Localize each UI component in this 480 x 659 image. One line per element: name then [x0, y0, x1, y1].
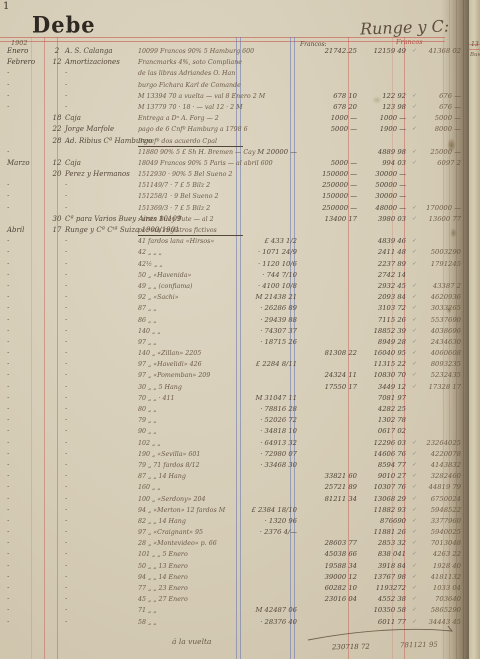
cell-month: · — [0, 583, 49, 594]
cell-description: Benefº dos acuerdo Cpal — [138, 136, 243, 147]
ledger-row: Marzo12Caja18049 Francos 90% 5 Paris — a… — [0, 158, 480, 169]
cell-description: 87 „ „ 14 Hang — [138, 471, 243, 482]
ledger-row: Abril17Runge y Cª Cᵗª Suiza 1900/1901por… — [0, 225, 480, 236]
cell-day — [49, 359, 65, 370]
cell-account: · — [65, 359, 138, 370]
cell-amount-3: 5940025 — [420, 527, 465, 538]
cell-amount-1: 150000 — — [300, 169, 362, 180]
cell-amount-1 — [300, 449, 362, 460]
cell-account: · — [65, 191, 138, 202]
cell-day — [49, 438, 65, 449]
cell-currency-amount — [243, 158, 300, 169]
cell-currency-amount — [243, 214, 300, 225]
cell-day — [49, 180, 65, 191]
account-title-runge: Runge y C: — [360, 16, 450, 38]
gutter-crease — [463, 0, 464, 659]
ledger-row: ··97 „ „· 18715 268949 28✓2434630 — [0, 337, 480, 348]
cell-amount-3: 1033 04 — [420, 583, 465, 594]
cell-amount-3 — [420, 191, 465, 202]
cell-currency-amount: · 1320 96 — [243, 516, 300, 527]
cell-month: · — [0, 292, 49, 303]
cell-month: · — [0, 382, 49, 393]
cell-account: · — [65, 393, 138, 404]
cell-currency-amount — [243, 382, 300, 393]
cell-description: 90 „ „ — [138, 426, 243, 437]
cell-amount-3 — [420, 270, 465, 281]
cell-description: M 13394 70 a vuelta — val 8 Enero 2 M — [138, 91, 243, 102]
cell-amount-2: 9010 27 — [364, 471, 408, 482]
check-mark: ✓ — [408, 214, 420, 225]
cell-month: · — [0, 315, 49, 326]
cell-amount-2: 10350 58 — [364, 605, 408, 616]
cell-amount-1: 60282 10 — [300, 583, 362, 594]
check-mark: ✓ — [408, 281, 420, 292]
cell-amount-3 — [420, 393, 465, 404]
cell-month: · — [0, 303, 49, 314]
cell-amount-2: 11882 93 — [364, 505, 408, 516]
cell-month: · — [0, 147, 49, 158]
check-mark: ✓ — [408, 370, 420, 381]
cell-amount-2: 2932 45 — [364, 281, 408, 292]
cell-description: · vista Buey Tute — al 2 — [138, 214, 243, 225]
cell-description: 45 „ „ 27 Enero — [138, 594, 243, 605]
ledger-row: ··160 „ „25721 8910307 76✓44819 79 — [0, 482, 480, 493]
cell-day — [49, 516, 65, 527]
cell-currency-amount — [243, 494, 300, 505]
check-mark: ✓ — [408, 91, 420, 102]
cell-month: · — [0, 68, 49, 79]
cell-amount-2: 12296 03 — [364, 438, 408, 449]
check-mark — [408, 191, 420, 202]
cell-description: 160 „ „ — [138, 482, 243, 493]
cell-amount-1: 678 20 — [300, 102, 362, 113]
cell-amount-3: 2434630 — [420, 337, 465, 348]
cell-amount-3: 43387 2 — [420, 281, 465, 292]
cell-account: · — [65, 370, 138, 381]
cell-amount-3: 17328 17 — [420, 382, 465, 393]
cell-currency-amount: £ 433 1/2 — [243, 236, 300, 247]
cell-amount-2 — [364, 57, 408, 68]
cell-month: · — [0, 471, 49, 482]
cell-amount-2 — [364, 136, 408, 147]
cell-amount-2: 11315 22 — [364, 359, 408, 370]
check-mark: ✓ — [408, 471, 420, 482]
cell-amount-1: 45038 66 — [300, 549, 362, 560]
cell-amount-2: 13068 29 — [364, 494, 408, 505]
check-mark: ✓ — [408, 516, 420, 527]
cell-day: 17 — [49, 225, 65, 236]
ledger-row: ··140 „ «Zillan» 220581308 2216040 95✓40… — [0, 348, 480, 359]
ledger-row: ··77 „ „ 23 Enero60282 101193272✓1033 04 — [0, 583, 480, 594]
cell-description: 1512930 · 90% 5 Bel Sueno 2 — [138, 169, 243, 180]
cell-account: Cª para Varios Buey Aires 10109 — [65, 214, 138, 225]
check-mark — [408, 136, 420, 147]
cell-month: · — [0, 449, 49, 460]
cell-amount-2: 1302 78 — [364, 415, 408, 426]
check-mark: ✓ — [408, 359, 420, 370]
cell-day — [49, 80, 65, 91]
cell-month: · — [0, 91, 49, 102]
cell-amount-1: 250000 — — [300, 203, 362, 214]
cell-amount-2: 50000 — — [364, 180, 408, 191]
cell-amount-3 — [420, 180, 465, 191]
cell-month: · — [0, 594, 49, 605]
cell-currency-amount: · 26286 89 — [243, 303, 300, 314]
cell-amount-1 — [300, 236, 362, 247]
cell-currency-amount: £ 2284 8/11 — [243, 359, 300, 370]
ledger-row: ··97 „ «Pomemban» 20924324 1110830 70✓52… — [0, 370, 480, 381]
check-mark: ✓ — [408, 505, 420, 516]
cell-account: · — [65, 561, 138, 572]
cell-account: · — [65, 594, 138, 605]
cell-currency-amount — [243, 561, 300, 572]
cell-currency-amount: · 72980 07 — [243, 449, 300, 460]
cell-day — [49, 549, 65, 560]
check-mark: ✓ — [408, 259, 420, 270]
cell-day — [49, 270, 65, 281]
page-number: 1 — [3, 1, 9, 12]
cell-day — [49, 337, 65, 348]
check-mark: ✓ — [408, 538, 420, 549]
cell-amount-1 — [300, 404, 362, 415]
cell-day — [49, 494, 65, 505]
gutter-crease — [456, 0, 457, 659]
cell-amount-1 — [300, 426, 362, 437]
cell-day — [49, 236, 65, 247]
cell-description: 94 „ «Merton» 12 fardos M — [138, 505, 243, 516]
cell-description: 86 „ „ — [138, 315, 243, 326]
gutter-crease — [449, 0, 450, 659]
check-mark: ✓ — [408, 203, 420, 214]
cell-amount-3: 170000 — — [420, 203, 465, 214]
cell-description: 97 „ «Havelidi» 426 — [138, 359, 243, 370]
check-mark — [408, 404, 420, 415]
cell-amount-2: 3103 72 — [364, 303, 408, 314]
ledger-row: ··90 „ „· 34818 100617 02 — [0, 426, 480, 437]
check-mark — [408, 270, 420, 281]
cell-account: · — [65, 180, 138, 191]
check-mark — [408, 169, 420, 180]
cell-amount-2: 16040 95 — [364, 348, 408, 359]
cell-account: · — [65, 382, 138, 393]
cell-day — [49, 68, 65, 79]
cell-amount-2: 1193272 — [364, 583, 408, 594]
ledger-row: ··70 „ „ · 411M 31047 117081 97 — [0, 393, 480, 404]
cell-amount-2: 30000 — — [364, 191, 408, 202]
ledger-row: ··80 „ „· 78816 284282 25 — [0, 404, 480, 415]
cell-amount-3: 13600 77 — [420, 214, 465, 225]
cell-description: M 13779 70 · 18 · — val 12 · 2 M — [138, 102, 243, 113]
ledger-row: ··79 „ 71 fardos 8/12· 33468 308594 77✓4… — [0, 460, 480, 471]
cell-account: · — [65, 426, 138, 437]
cell-currency-amount — [243, 180, 300, 191]
cell-description: de las libras Adriandes O. Han — [138, 68, 243, 79]
cell-amount-2: 10307 76 — [364, 482, 408, 493]
cell-description: 10099 Francos 90% 5 Hamburg 600 — [138, 46, 243, 57]
cell-month: · — [0, 527, 49, 538]
cell-description: 97 „ «Craignant» 95 — [138, 527, 243, 538]
ledger-row: ··50 „ „ 13 Enero19588 343918 84✓1928 40 — [0, 561, 480, 572]
carried-forward-note: á la vuelta — [172, 637, 212, 646]
cell-day: 28 — [49, 136, 65, 147]
cell-currency-amount: · 52026 72 — [243, 415, 300, 426]
cell-currency-amount — [243, 225, 300, 236]
cell-amount-1 — [300, 147, 362, 158]
cell-amount-1: 13400 17 — [300, 214, 362, 225]
cell-month: · — [0, 605, 49, 616]
cell-description: 50 „ «Havenida» — [138, 270, 243, 281]
cell-amount-1 — [300, 270, 362, 281]
cell-day — [49, 348, 65, 359]
check-mark — [408, 393, 420, 404]
cell-currency-amount: · 1120 10/6 — [243, 259, 300, 270]
cell-description: 79 „ „ — [138, 415, 243, 426]
facing-page-number: 13 — [471, 41, 479, 48]
cell-description: Entrega a Dⁿ A. Forg — 2 — [138, 113, 243, 124]
cell-account: · — [65, 91, 138, 102]
cell-amount-3: 5865290 — [420, 605, 465, 616]
ledger-row: 18CajaEntrega a Dⁿ A. Forg — 21000 —1000… — [0, 113, 480, 124]
cell-amount-1 — [300, 460, 362, 471]
ledger-row: ··41 fardos lana «Hirsos»£ 433 1/24839 4… — [0, 236, 480, 247]
cell-day — [49, 471, 65, 482]
cell-day — [49, 594, 65, 605]
check-mark — [408, 426, 420, 437]
cell-description: 97 „ «Pomemban» 209 — [138, 370, 243, 381]
cell-currency-amount: · 78816 28 — [243, 404, 300, 415]
cell-currency-amount: M 31047 11 — [243, 393, 300, 404]
cell-description: 18049 Francos 90% 5 Paris — al abril 600 — [138, 158, 243, 169]
cell-month: · — [0, 247, 49, 258]
cell-currency-amount — [243, 124, 300, 135]
cell-day — [49, 303, 65, 314]
cell-account: Amortizaciones — [65, 57, 138, 68]
cell-month: · — [0, 460, 49, 471]
cell-amount-1 — [300, 303, 362, 314]
cell-currency-amount — [243, 57, 300, 68]
cell-amount-1: 678 10 — [300, 91, 362, 102]
cell-day — [49, 281, 65, 292]
page-title-debe: Debe — [32, 11, 96, 38]
cell-amount-1 — [300, 505, 362, 516]
ledger-row: 20Perez y Hermanos1512930 · 90% 5 Bel Su… — [0, 169, 480, 180]
cell-amount-3: 8000 — — [420, 124, 465, 135]
cell-amount-1: 33821 60 — [300, 471, 362, 482]
cell-month: · — [0, 494, 49, 505]
cell-amount-3: 44819 79 — [420, 482, 465, 493]
cell-description: 102 „ „ — [138, 438, 243, 449]
ledger-row: ··190 „ «Sevilla» 601· 72980 0714606 76✓… — [0, 449, 480, 460]
ledger-row: ··140 „ „· 74307 3718852 39✓4038696 — [0, 326, 480, 337]
cell-account: · — [65, 315, 138, 326]
cell-month: · — [0, 617, 49, 628]
cell-amount-2: 4282 25 — [364, 404, 408, 415]
cell-currency-amount — [243, 583, 300, 594]
cell-amount-2: 3980 03 — [364, 214, 408, 225]
cell-description: 140 „ „ — [138, 326, 243, 337]
cell-currency-amount — [243, 80, 300, 91]
cell-day — [49, 527, 65, 538]
check-mark: ✓ — [408, 147, 420, 158]
cell-day: 2 — [49, 46, 65, 57]
check-mark: ✓ — [408, 303, 420, 314]
cell-account: · — [65, 449, 138, 460]
check-mark: ✓ — [408, 124, 420, 135]
cell-currency-amount — [243, 102, 300, 113]
cell-description: 30 „ „ 5 Hang — [138, 382, 243, 393]
cell-description: 94 „ „ 14 Enero — [138, 572, 243, 583]
cell-amount-2: 122 92 — [364, 91, 408, 102]
cell-account: · — [65, 80, 138, 91]
cell-account: · — [65, 438, 138, 449]
cell-month: · — [0, 270, 49, 281]
cell-month: · — [0, 191, 49, 202]
cell-amount-1: 28603 77 — [300, 538, 362, 549]
cell-account: · — [65, 572, 138, 583]
cell-description: 100 „ «Serdony» 204 — [138, 494, 243, 505]
cell-description: 42 „ „ „ — [138, 247, 243, 258]
check-mark: ✓ — [408, 382, 420, 393]
cell-amount-1: 24324 11 — [300, 370, 362, 381]
cell-month: · — [0, 348, 49, 359]
cell-day — [49, 102, 65, 113]
cell-amount-2: 1000 — — [364, 113, 408, 124]
cell-description: 151149/7 · 7 £ 5 Bilz 2 — [138, 180, 243, 191]
cell-account: · — [65, 404, 138, 415]
cell-day: 18 — [49, 113, 65, 124]
cell-day — [49, 583, 65, 594]
cell-month: · — [0, 259, 49, 270]
cell-month: · — [0, 516, 49, 527]
facing-page-text: Bue — [470, 52, 480, 58]
cell-account: · — [65, 605, 138, 616]
cell-currency-amount: · 744 7/10 — [243, 270, 300, 281]
cell-day — [49, 561, 65, 572]
cell-month: · — [0, 326, 49, 337]
cell-account: · — [65, 259, 138, 270]
cell-day — [49, 393, 65, 404]
cell-day: 20 — [49, 169, 65, 180]
cell-amount-3: 8093235 — [420, 359, 465, 370]
cell-day — [49, 326, 65, 337]
cell-amount-2: 2237 89 — [364, 259, 408, 270]
cell-amount-3: 4038696 — [420, 326, 465, 337]
cell-day — [49, 617, 65, 628]
cell-amount-3: 5000 — — [420, 113, 465, 124]
cell-amount-3: 7013048 — [420, 538, 465, 549]
cell-amount-3: 5537690 — [420, 315, 465, 326]
ledger-row: ·11880 90% 5 £ Sh H. Bremen — CayM 20000… — [0, 147, 480, 158]
cell-amount-1: 1000 — — [300, 113, 362, 124]
cell-currency-amount — [243, 136, 300, 147]
cell-amount-3: 5003290 — [420, 247, 465, 258]
cell-day: 30 — [49, 214, 65, 225]
cell-account: · — [65, 415, 138, 426]
cell-currency-amount: · 34818 10 — [243, 426, 300, 437]
cell-amount-3 — [420, 225, 465, 236]
cell-amount-1: 25721 89 — [300, 482, 362, 493]
cell-account: · — [65, 326, 138, 337]
check-mark: ✓ — [408, 482, 420, 493]
cell-currency-amount — [243, 572, 300, 583]
cell-amount-3: 676 — — [420, 102, 465, 113]
cell-currency-amount — [243, 68, 300, 79]
check-mark — [408, 80, 420, 91]
cell-amount-2: 7081 97 — [364, 393, 408, 404]
cell-account: · — [65, 460, 138, 471]
ledger-row: ··82 „ „ 14 Hang· 1320 96876690✓3377960 — [0, 516, 480, 527]
cell-month — [0, 113, 49, 124]
ledger-row: ··151369/3 · 7 £ 5 Bilz 2250000 —48000 —… — [0, 203, 480, 214]
cell-description: Francmarks 4%, soto Compliane — [138, 57, 243, 68]
cell-month — [0, 214, 49, 225]
cell-description: 80 „ „ — [138, 404, 243, 415]
check-mark: ✓ — [408, 292, 420, 303]
cell-amount-3 — [420, 415, 465, 426]
cell-amount-1 — [300, 281, 362, 292]
cell-day: 12 — [49, 158, 65, 169]
cell-day — [49, 247, 65, 258]
cell-day — [49, 382, 65, 393]
cell-description: por sus registros fictivos — [138, 225, 243, 236]
cell-currency-amount — [243, 471, 300, 482]
cell-description: 101 „ „ 5 Enero — [138, 549, 243, 560]
cell-day — [49, 259, 65, 270]
check-mark: ✓ — [408, 572, 420, 583]
cell-amount-1: 81211 34 — [300, 494, 362, 505]
cell-account: Runge y Cª Cᵗª Suiza 1900/1901 — [65, 225, 138, 236]
cell-month: · — [0, 404, 49, 415]
cell-amount-3 — [420, 57, 465, 68]
cell-amount-1: 21742.25 — [300, 46, 362, 57]
ledger-row: ··45 „ „ 27 Enero23016 044552 38✓703640 — [0, 594, 480, 605]
cell-day — [49, 203, 65, 214]
cell-account: · — [65, 102, 138, 113]
cell-currency-amount — [243, 169, 300, 180]
cell-account: · — [65, 247, 138, 258]
cell-month: · — [0, 393, 49, 404]
cell-amount-3: 25000 — — [420, 147, 465, 158]
cell-account: · — [65, 494, 138, 505]
cell-description: 79 „ 71 fardos 8/12 — [138, 460, 243, 471]
check-mark — [408, 180, 420, 191]
cell-description: 28 „ «Montevideo» p. 66 — [138, 538, 243, 549]
cell-description: 190 „ «Sevilla» 601 — [138, 449, 243, 460]
cell-currency-amount: M 20000 — — [243, 147, 300, 158]
cell-account: · — [65, 583, 138, 594]
cell-amount-2: 2853 32 — [364, 538, 408, 549]
cell-currency-amount: M 42487 06 — [243, 605, 300, 616]
cell-month: · — [0, 337, 49, 348]
cell-amount-3 — [420, 136, 465, 147]
cell-month: · — [0, 370, 49, 381]
cell-amount-2 — [364, 68, 408, 79]
ledger-row: ··102 „ „· 64913 3212296 03✓23264025 — [0, 438, 480, 449]
check-mark: ✓ — [408, 561, 420, 572]
cell-amount-3: 4620936 — [420, 292, 465, 303]
ledger-row: ··M 13779 70 · 18 · — val 12 · 2 M678 20… — [0, 102, 480, 113]
cell-amount-3: 703640 — [420, 594, 465, 605]
facing-page-rule — [469, 49, 480, 50]
cell-amount-3 — [420, 169, 465, 180]
cell-amount-2: 3918 84 — [364, 561, 408, 572]
cell-amount-3: 1928 40 — [420, 561, 465, 572]
cell-day — [49, 147, 65, 158]
cell-account: · — [65, 292, 138, 303]
cell-day: 12 — [49, 57, 65, 68]
cell-account: Ad. Ribius Cª Hamburgo — [65, 136, 138, 147]
cell-currency-amount — [243, 191, 300, 202]
